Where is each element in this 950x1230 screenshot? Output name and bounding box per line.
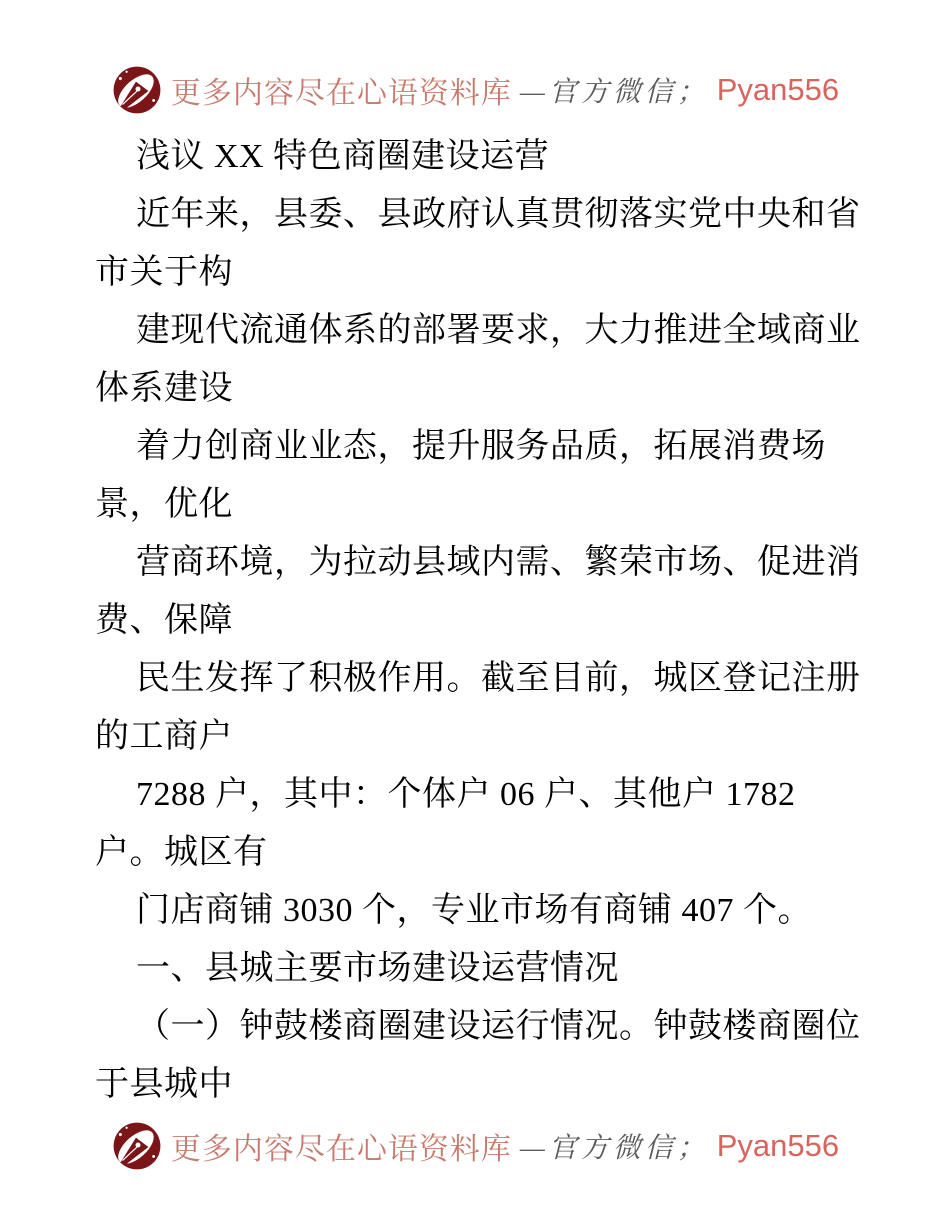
- watermark-wechat-label: —官方微信；: [520, 1126, 709, 1166]
- document-line: 门店商铺 3030 个，专业市场有商铺 407 个。: [95, 882, 863, 940]
- watermark-footer: 更多内容尽在心语资料库 —官方微信； Pyan556: [0, 1118, 950, 1174]
- document-line: 民生发挥了积极作用。截至目前，城区登记注册: [95, 650, 863, 708]
- document-line: 近年来，县委、县政府认真贯彻落实党中央和省: [95, 186, 863, 244]
- document-line: 市关于构: [95, 244, 863, 302]
- document-body: 浅议 XX 特色商圈建设运营 近年来，县委、县政府认真贯彻落实党中央和省 市关于…: [95, 128, 863, 1114]
- document-line: 户。城区有: [95, 824, 863, 882]
- document-line: 于县城中: [95, 1056, 863, 1114]
- subsection-heading-1: （一）钟鼓楼商圈建设运行情况。钟鼓楼商圈位: [95, 998, 863, 1056]
- watermark-wechat-label: —官方微信；: [520, 70, 709, 110]
- pen-nib-circle-icon: [111, 1120, 163, 1172]
- document-line: 营商环境，为拉动县域内需、繁荣市场、促进消: [95, 534, 863, 592]
- document-line: 体系建设: [95, 360, 863, 418]
- watermark-wechat-id: Pyan556: [717, 72, 839, 108]
- document-line: 景，优化: [95, 476, 863, 534]
- document-line: 费、保障: [95, 592, 863, 650]
- pen-nib-circle-icon: [111, 64, 163, 116]
- watermark-wechat-id: Pyan556: [717, 1128, 839, 1164]
- document-line: 的工商户: [95, 708, 863, 766]
- watermark-brand-text: 更多内容尽在心语资料库: [171, 1124, 512, 1168]
- section-heading-1: 一、县城主要市场建设运营情况: [95, 940, 863, 998]
- document-line: 着力创商业业态，提升服务品质，拓展消费场: [95, 418, 863, 476]
- document-title: 浅议 XX 特色商圈建设运营: [95, 128, 863, 186]
- document-page: 更多内容尽在心语资料库 —官方微信； Pyan556 浅议 XX 特色商圈建设运…: [0, 0, 950, 1230]
- document-line: 建现代流通体系的部署要求，大力推进全域商业: [95, 302, 863, 360]
- watermark-header: 更多内容尽在心语资料库 —官方微信； Pyan556: [0, 62, 950, 118]
- document-line: 7288 户，其中：个体户 06 户、其他户 1782: [95, 766, 863, 824]
- watermark-brand-text: 更多内容尽在心语资料库: [171, 68, 512, 112]
